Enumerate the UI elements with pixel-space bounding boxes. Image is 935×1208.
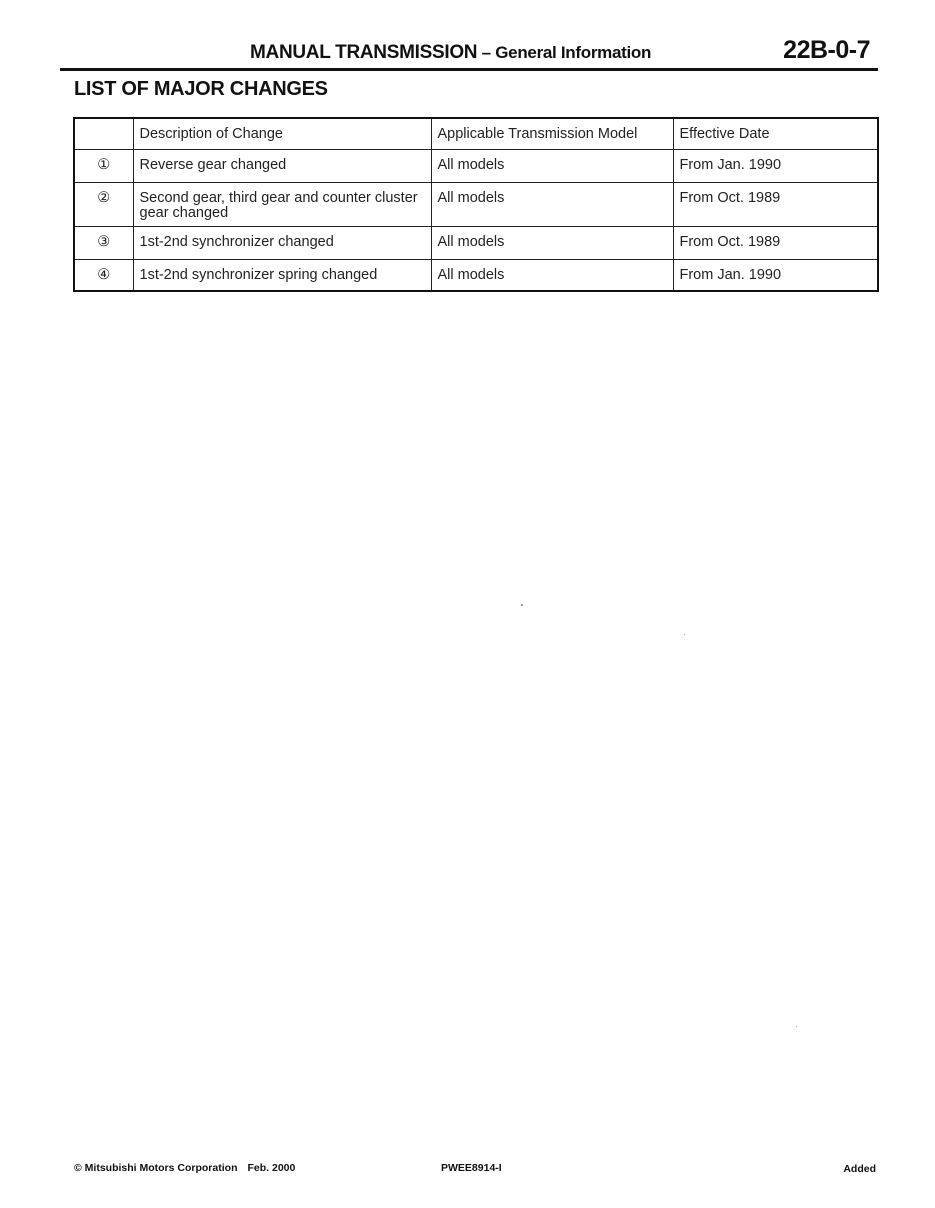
header-separator: – [477, 43, 495, 62]
row-date: From Oct. 1989 [673, 182, 878, 226]
row-date: From Oct. 1989 [673, 226, 878, 259]
table-row: ③ 1st-2nd synchronizer changed All model… [74, 226, 878, 259]
header-title: MANUAL TRANSMISSION – General Informatio… [250, 42, 651, 64]
table-row: ② Second gear, third gear and counter cl… [74, 182, 878, 226]
row-model: All models [431, 259, 673, 291]
scan-speck [684, 634, 685, 635]
table-header-row: Description of Change Applicable Transmi… [74, 118, 878, 149]
row-description: Reverse gear changed [133, 149, 431, 182]
column-header-model: Applicable Transmission Model [431, 118, 673, 149]
footer-copyright-block: © Mitsubishi Motors CorporationFeb. 2000 [74, 1162, 295, 1174]
row-description: 1st-2nd synchronizer changed [133, 226, 431, 259]
footer-copyright: © Mitsubishi Motors Corporation [74, 1162, 237, 1174]
header-main-title: MANUAL TRANSMISSION [250, 42, 477, 63]
footer-date: Feb. 2000 [247, 1162, 295, 1174]
column-header-number [74, 118, 133, 149]
section-title: LIST OF MAJOR CHANGES [74, 78, 328, 101]
row-model: All models [431, 226, 673, 259]
footer-doc-number: PWEE8914-I [441, 1162, 502, 1174]
footer-status: Added [843, 1163, 876, 1175]
row-date: From Jan. 1990 [673, 259, 878, 291]
row-date: From Jan. 1990 [673, 149, 878, 182]
column-header-description: Description of Change [133, 118, 431, 149]
table-row: ① Reverse gear changed All models From J… [74, 149, 878, 182]
header-subtitle: General Information [495, 43, 651, 62]
row-description: 1st-2nd synchronizer spring changed [133, 259, 431, 291]
page-number: 22B-0-7 [783, 36, 870, 65]
row-description: Second gear, third gear and counter clus… [133, 182, 431, 226]
scan-speck [521, 604, 523, 606]
scan-speck [796, 1026, 797, 1027]
major-changes-table: Description of Change Applicable Transmi… [73, 117, 879, 292]
row-number: ① [74, 149, 133, 182]
table-row: ④ 1st-2nd synchronizer spring changed Al… [74, 259, 878, 291]
column-header-date: Effective Date [673, 118, 878, 149]
row-model: All models [431, 182, 673, 226]
row-model: All models [431, 149, 673, 182]
page-footer: © Mitsubishi Motors CorporationFeb. 2000… [74, 1162, 876, 1178]
page-header: MANUAL TRANSMISSION – General Informatio… [60, 36, 878, 71]
row-number: ② [74, 182, 133, 226]
row-number: ④ [74, 259, 133, 291]
row-number: ③ [74, 226, 133, 259]
